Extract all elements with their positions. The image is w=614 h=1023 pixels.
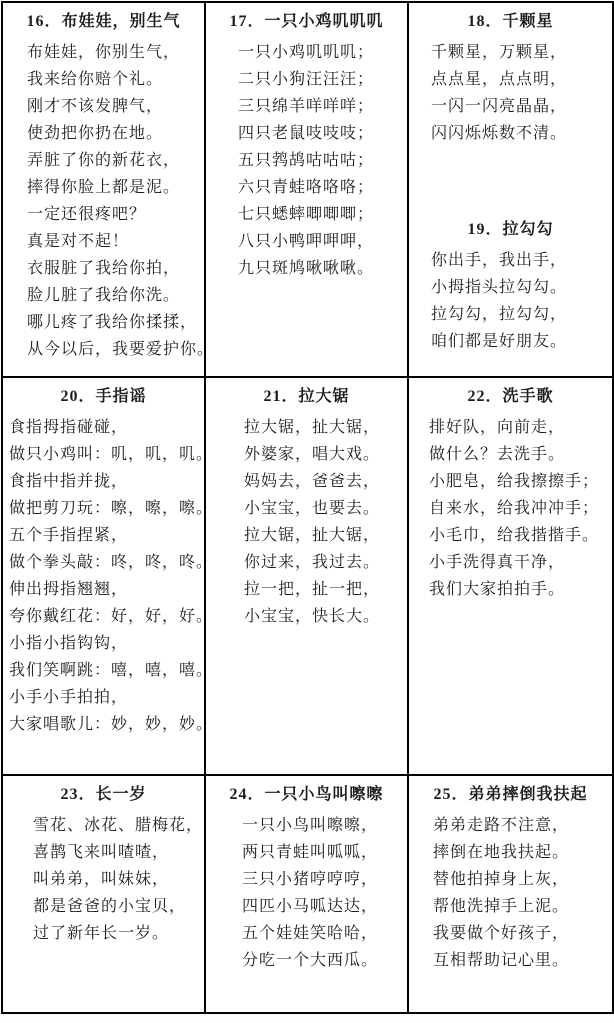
poem-line: 妈妈去，爸爸去， (244, 468, 407, 495)
rhyme-body: 雪花、冰花、腊梅花，喜鹊飞来叫喳喳，叫弟弟，叫妹妹，都是爸爸的小宝贝，过了新年长… (3, 812, 204, 947)
poem-line: 两只青蛙叫呱呱， (242, 839, 407, 866)
poem-line: 六只青蛙咯咯咯； (238, 174, 407, 201)
rhyme-title: 17．一只小鸡叽叽叽 (206, 11, 407, 33)
poem-line: 刚才不该发脾气， (27, 93, 204, 120)
rhyme-body: 一只小鸟叫嚓嚓，两只青蛙叫呱呱，三只小猪哼哼哼，四匹小马呱达达，五个娃娃笑哈哈，… (206, 812, 407, 974)
poem-line: 点点星，点点明， (431, 66, 612, 93)
poem-line: 夸你戴红花：好，好，好。 (9, 603, 204, 630)
rhyme-cell-23: 23．长一岁 雪花、冰花、腊梅花，喜鹊飞来叫喳喳，叫弟弟，叫妹妹，都是爸爸的小宝… (3, 776, 206, 1012)
poem-line: 都是爸爸的小宝贝， (33, 893, 204, 920)
poem-line: 帮他洗掉手上泥。 (433, 893, 612, 920)
rhyme-body: 布娃娃，你别生气，我来给你赔个礼。刚才不该发脾气，使劲把你扔在地。弄脏了你的新花… (3, 39, 204, 363)
rhyme-cell-22: 22．洗手歌 排好队，向前走，做什么？去洗手。小肥皂，给我擦擦手；自来水，给我冲… (409, 378, 612, 776)
poem-line: 真是对不起！ (27, 228, 204, 255)
poem-line: 我们大家拍拍手。 (429, 576, 612, 603)
poem-line: 小手小手拍拍， (9, 684, 204, 711)
rhyme-title: 24．一只小鸟叫嚓嚓 (206, 784, 407, 806)
poem-line: 九只斑鸠啾啾啾。 (238, 255, 407, 282)
poem-line: 替他拍掉身上灰， (433, 866, 612, 893)
poem-line: 七只蟋蟀唧唧唧； (238, 201, 407, 228)
poem-line: 咱们都是好朋友。 (431, 328, 612, 355)
poem-line: 你过来，我过去。 (244, 549, 407, 576)
poem-line: 小手洗得真干净， (429, 549, 612, 576)
rhyme-cell-21: 21．拉大锯 拉大锯，扯大锯，外婆家，唱大戏。妈妈去，爸爸去，小宝宝，也要去。拉… (206, 378, 409, 776)
poem-line: 拉大锯，扯大锯， (244, 414, 407, 441)
rhyme-cell-25: 25．弟弟摔倒我扶起 弟弟走路不注意，摔倒在地我扶起。替他拍掉身上灰，帮他洗掉手… (409, 776, 612, 1012)
poem-line: 一定还很疼吧？ (27, 201, 204, 228)
rhyme-cell-17: 17．一只小鸡叽叽叽 一只小鸡叽叽叽；二只小狗汪汪汪；三只绵羊咩咩咩；四只老鼠吱… (206, 3, 409, 378)
poem-line: 拉一把，扯一把， (244, 576, 407, 603)
poem-line: 雪花、冰花、腊梅花， (33, 812, 204, 839)
rhyme-body: 你出手，我出手，小拇指头拉勾勾。拉勾勾，拉勾勾，咱们都是好朋友。 (409, 247, 612, 355)
rhyme-title: 23．长一岁 (3, 784, 204, 806)
rhyme-cell-16: 16．布娃娃，别生气 布娃娃，你别生气，我来给你赔个礼。刚才不该发脾气，使劲把你… (3, 3, 206, 378)
rhyme-cell-24: 24．一只小鸟叫嚓嚓 一只小鸟叫嚓嚓，两只青蛙叫呱呱，三只小猪哼哼哼，四匹小马呱… (206, 776, 409, 1012)
poem-line: 一只小鸡叽叽叽； (238, 39, 407, 66)
poem-line: 三只小猪哼哼哼， (242, 866, 407, 893)
poem-line: 衣服脏了我给你拍， (27, 255, 204, 282)
poem-line: 过了新年长一岁。 (33, 920, 204, 947)
poem-line: 一闪一闪亮晶晶， (431, 93, 612, 120)
poem-line: 大家唱歌儿：妙，妙，妙。 (9, 711, 204, 738)
poem-line: 外婆家，唱大戏。 (244, 441, 407, 468)
rhyme-title: 16．布娃娃，别生气 (3, 11, 204, 33)
poem-line: 叫弟弟，叫妹妹， (33, 866, 204, 893)
poem-line: 互相帮助记心里。 (433, 947, 612, 974)
poem-line: 从今以后，我要爱护你。 (27, 336, 204, 363)
poem-line: 闪闪烁烁数不清。 (431, 120, 612, 147)
poem-line: 分吃一个大西瓜。 (242, 947, 407, 974)
poem-line: 食指中指并拢， (9, 468, 204, 495)
poem-line: 我来给你赔个礼。 (27, 66, 204, 93)
poem-line: 小毛巾，给我揩揩手。 (429, 522, 612, 549)
poem-line: 摔得你脸上都是泥。 (27, 174, 204, 201)
rhyme-title: 18．千颗星 (409, 11, 612, 33)
poem-line: 我要做个好孩子， (433, 920, 612, 947)
poem-line: 五个手指捏紧， (9, 522, 204, 549)
rhyme-title: 22．洗手歌 (409, 386, 612, 408)
rhyme-cell-20: 20．手指谣 食指拇指碰碰，做只小鸡叫：叽，叽，叽。食指中指并拢，做把剪刀玩：嚓… (3, 378, 206, 776)
poem-line: 你出手，我出手， (431, 247, 612, 274)
poem-line: 二只小狗汪汪汪； (238, 66, 407, 93)
rhyme-title: 25．弟弟摔倒我扶起 (409, 784, 612, 806)
poem-line: 弄脏了你的新花衣， (27, 147, 204, 174)
document-page: 16．布娃娃，别生气 布娃娃，你别生气，我来给你赔个礼。刚才不该发脾气，使劲把你… (0, 0, 614, 1023)
poem-line: 自来水，给我冲冲手； (429, 495, 612, 522)
poem-line: 食指拇指碰碰， (9, 414, 204, 441)
poem-line: 拉勾勾，拉勾勾， (431, 301, 612, 328)
rhyme-body: 一只小鸡叽叽叽；二只小狗汪汪汪；三只绵羊咩咩咩；四只老鼠吱吱吱；五只鹁鸪咕咕咕；… (206, 39, 407, 282)
rhyme-body: 排好队，向前走，做什么？去洗手。小肥皂，给我擦擦手；自来水，给我冲冲手；小毛巾，… (409, 414, 612, 603)
poem-line: 我们笑啊跳：嘻，嘻，嘻。 (9, 657, 204, 684)
poem-line: 八只小鸭呷呷呷， (238, 228, 407, 255)
rhyme-body: 弟弟走路不注意，摔倒在地我扶起。替他拍掉身上灰，帮他洗掉手上泥。我要做个好孩子，… (409, 812, 612, 974)
poem-line: 做把剪刀玩：嚓，嚓，嚓。 (9, 495, 204, 522)
poem-line: 哪儿疼了我给你揉揉， (27, 309, 204, 336)
poem-line: 拉大锯，扯大锯， (244, 522, 407, 549)
poem-line: 做什么？去洗手。 (429, 441, 612, 468)
poem-line: 四只老鼠吱吱吱； (238, 120, 407, 147)
poem-line: 喜鹊飞来叫喳喳， (33, 839, 204, 866)
poem-line: 排好队，向前走， (429, 414, 612, 441)
rhyme-title: 19．拉勾勾 (409, 219, 612, 241)
poem-line: 使劲把你扔在地。 (27, 120, 204, 147)
rhyme-body: 食指拇指碰碰，做只小鸡叫：叽，叽，叽。食指中指并拢，做把剪刀玩：嚓，嚓，嚓。五个… (3, 414, 204, 738)
poem-line: 小肥皂，给我擦擦手； (429, 468, 612, 495)
rhyme-body: 拉大锯，扯大锯，外婆家，唱大戏。妈妈去，爸爸去，小宝宝，也要去。拉大锯，扯大锯，… (206, 414, 407, 630)
poem-line: 四匹小马呱达达， (242, 893, 407, 920)
rhyme-body: 千颗星，万颗星，点点星，点点明，一闪一闪亮晶晶，闪闪烁烁数不清。 (409, 39, 612, 147)
poem-line: 伸出拇指翘翘， (9, 576, 204, 603)
poem-line: 脸儿脏了我给你洗。 (27, 282, 204, 309)
poem-line: 小指小指钩钩， (9, 630, 204, 657)
poem-line: 一只小鸟叫嚓嚓， (242, 812, 407, 839)
poem-line: 千颗星，万颗星， (431, 39, 612, 66)
poem-line: 五只鹁鸪咕咕咕； (238, 147, 407, 174)
poem-line: 小宝宝，也要去。 (244, 495, 407, 522)
rhymes-table: 16．布娃娃，别生气 布娃娃，你别生气，我来给你赔个礼。刚才不该发脾气，使劲把你… (1, 1, 614, 1014)
poem-line: 小拇指头拉勾勾。 (431, 274, 612, 301)
rhyme-title: 20．手指谣 (3, 386, 204, 408)
rhyme-title: 21．拉大锯 (206, 386, 407, 408)
rhyme-cell-18-19: 18．千颗星 千颗星，万颗星，点点星，点点明，一闪一闪亮晶晶，闪闪烁烁数不清。 … (409, 3, 612, 378)
poem-line: 做只小鸡叫：叽，叽，叽。 (9, 441, 204, 468)
poem-line: 做个拳头敲：咚，咚，咚。 (9, 549, 204, 576)
poem-line: 布娃娃，你别生气， (27, 39, 204, 66)
poem-line: 摔倒在地我扶起。 (433, 839, 612, 866)
poem-line: 小宝宝，快长大。 (244, 603, 407, 630)
poem-line: 弟弟走路不注意， (433, 812, 612, 839)
poem-line: 三只绵羊咩咩咩； (238, 93, 407, 120)
poem-line: 五个娃娃笑哈哈， (242, 920, 407, 947)
